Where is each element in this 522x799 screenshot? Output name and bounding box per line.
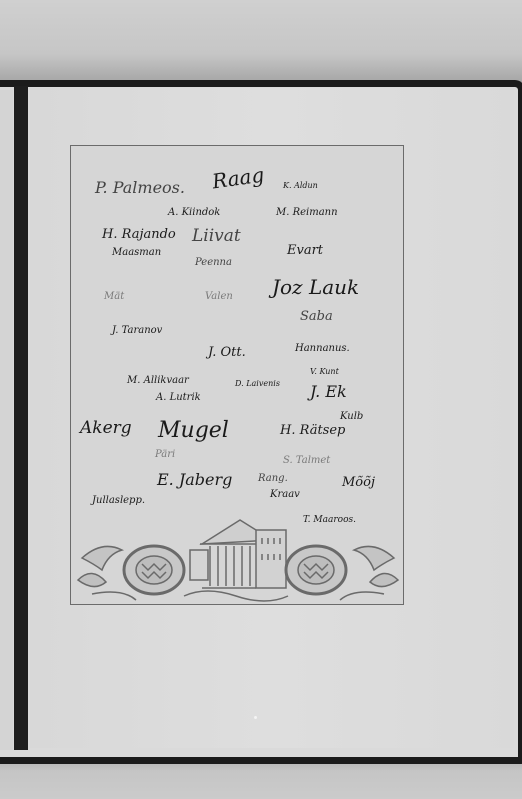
signature-laivenis: D. Laivenis: [235, 380, 280, 388]
signature-allikvaar: M. Allikvaar: [127, 376, 189, 386]
signature-palmeos: P. Palmeos.: [95, 180, 185, 196]
signature-evart: Evart: [287, 244, 323, 257]
signature-ratsep: H. Rätsep: [280, 424, 345, 437]
signature-mat: Mät: [104, 292, 124, 302]
university-building-ornament: [72, 508, 404, 604]
signature-valen: Valen: [205, 292, 233, 302]
signature-mugel: Mugel: [158, 420, 229, 442]
signature-aldun: K. Aldun: [283, 182, 318, 190]
signature-jullaslepp: Jullaslepp.: [92, 496, 145, 506]
signature-kiindok: A. Kiindok: [168, 208, 220, 218]
signature-liivat: Liivat: [192, 228, 241, 245]
signature-ott: J. Ott.: [208, 346, 246, 359]
signature-kunt: V. Kunt: [310, 368, 339, 376]
signature-kraav: Kraav: [270, 490, 300, 500]
signature-mooj: Mõõj: [342, 476, 375, 489]
binder-spine: [14, 86, 28, 750]
signature-ek: J. Ek: [310, 384, 347, 400]
signature-lutrik: A. Lutrik: [156, 393, 201, 403]
signature-jaberg: E. Jaberg: [157, 472, 232, 488]
signature-akerg: Akerg: [80, 420, 132, 437]
signature-joz-lauk: Joz Lauk: [272, 277, 359, 297]
signature-rang: Rang.: [258, 474, 288, 484]
signature-saba: Saba: [300, 310, 333, 323]
signature-hannanus: Hannanus.: [295, 344, 350, 354]
signature-maasman: Maasman: [112, 248, 161, 258]
signature-talmet: S. Talmet: [283, 456, 330, 466]
signature-taranov: J. Taranov: [112, 326, 162, 336]
signature-pari: Päri: [155, 450, 175, 460]
dust-speck: [254, 716, 257, 719]
signature-rajando: H. Rajando: [102, 228, 176, 241]
signature-kulb: Kulb: [340, 412, 363, 422]
signature-reimann: M. Reimann: [276, 208, 338, 218]
previous-page-edge: [0, 90, 13, 750]
background-surface-top: [0, 0, 522, 90]
signature-peenna: Peenna: [195, 258, 232, 268]
